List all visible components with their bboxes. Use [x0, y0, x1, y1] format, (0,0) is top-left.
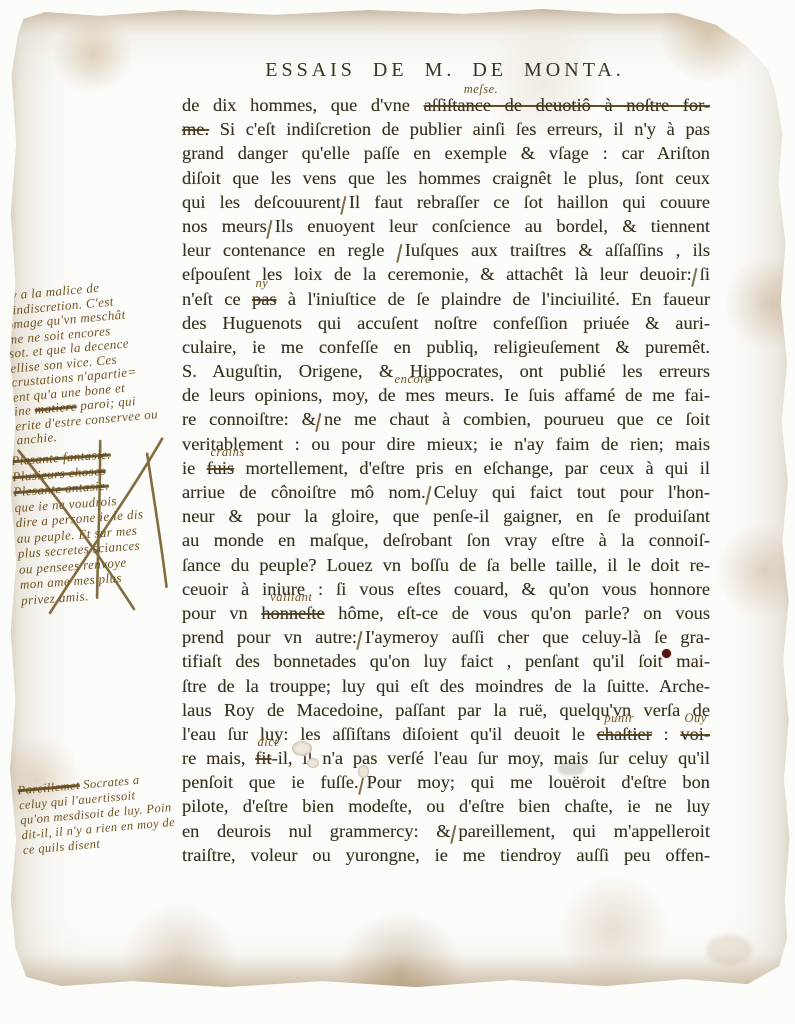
text-line: n'eſt ce pasny à l'iniuſtice de ſe plain… [182, 287, 710, 311]
text-segment: re connoiſtre: & [182, 409, 316, 429]
text-segment: I'aymeroy auſſi cher que celuy-là ſe gra… [365, 627, 710, 647]
text-segment: penſoit que ie fuſſe. [182, 772, 359, 792]
text-line: ſtre de la trouppe; luy qui eſt des moin… [182, 674, 710, 698]
paper-hole [307, 758, 319, 768]
text-line: re mais, fitdict-il, il n'a pas verſé l'… [182, 746, 710, 770]
text-segment: diſoit que les vens que les hommes craig… [182, 168, 710, 188]
text-line: pour vn honneſtevaillant hôme, eſt-ce de… [182, 601, 710, 625]
text-line: culaire, ie me confeſſe en publiq, relig… [182, 335, 710, 359]
text-segment: ſi [700, 264, 710, 284]
text-line: veritablement : ou pour dire mieux; ie n… [182, 432, 710, 456]
text-line: neur & pour la gloire, que penſe-il gaig… [182, 504, 710, 528]
text-segment: Celuy qui faict tout pour l'hon- [434, 482, 710, 502]
text-segment: ſance du peuple? Louez vn boſſu de ſa be… [182, 555, 710, 575]
margin-note-plaisante-fantasie: Plesante fantasie.Plusieurs chosesPlesan… [11, 441, 196, 608]
text-segment: tifiaſt des bonnetades qu'on luy faict ,… [182, 651, 710, 671]
text-line: pilote, d'eſtre bien modeſte, ou d'eſtre… [182, 794, 710, 818]
struck-text: chaſtierpunir [597, 724, 652, 744]
ink-blot [662, 649, 671, 658]
text-line: ceuoir à iniure : ſi vous eſtes couard, … [182, 577, 710, 601]
text-segment: culaire, ie me confeſſe en publiq, relig… [182, 337, 710, 357]
text-line: qui les deſcouurentIl faut rebraſſer ce … [182, 190, 710, 214]
handwritten-insertion: encore [395, 373, 432, 385]
handwritten-insertion: vaillant [270, 591, 312, 603]
text-line: me. Si c'eſt indiſcretion de publier ain… [182, 117, 710, 141]
text-segment: de mes meurs.encore [378, 385, 494, 405]
text-line: grand danger qu'elle paſſe en exemple & … [182, 141, 710, 165]
text-line: arriue de cônoiſtre mô nom.Celuy qui fai… [182, 480, 710, 504]
text-segment: grand danger qu'elle paſſe en exemple & … [182, 143, 710, 163]
text-segment: Ils enuoyent leur conſcience au bordel, … [275, 216, 710, 236]
text-line: en deurois nul grammercy: &pareillement,… [182, 819, 710, 843]
handwritten-insertion: Ouy [685, 712, 707, 724]
pen-stroke [340, 196, 346, 215]
text-line: traiſtre, voleur ou yurongne, ie me tien… [182, 843, 710, 867]
text-segment: ceuoir à iniure : ſi vous eſtes couard, … [182, 579, 710, 599]
text-line: ie fuiscrains mortellement, d'eſtre pris… [182, 456, 710, 480]
struck-text: fitdict [255, 748, 271, 768]
text-segment: re mais, [182, 748, 255, 768]
paper-hole [292, 741, 312, 756]
text-segment: de dix hommes, que d'vne [182, 95, 424, 115]
text-line: ſance du peuple? Louez vn boſſu de ſa be… [182, 553, 710, 577]
text-line: S. Auguſtin, Origene, & Hippocrates, ont… [182, 359, 710, 383]
handwritten-insertion: punir [604, 712, 634, 724]
text-line: penſoit que ie fuſſe.Pour moy; qui me lo… [182, 770, 710, 794]
text-segment: : [652, 724, 681, 744]
text-segment: neur & pour la gloire, que penſe-il gaig… [182, 506, 710, 526]
paper-stain [706, 935, 752, 965]
text-segment: privez amis. [21, 588, 90, 608]
text-line: des Huguenots qui accuſent noſtre confeſ… [182, 311, 710, 335]
text-line: de dix hommes, que d'vne aſſiſtance de d… [182, 93, 710, 117]
ink-smudge [558, 763, 584, 775]
struck-text: me. [182, 119, 209, 139]
text-segment: Il faut rebraſſer ce ſot haillon qui cou… [349, 192, 710, 212]
pen-stroke [315, 413, 321, 432]
text-segment: Ie ſuis affamé de me fai- [494, 385, 710, 405]
text-segment: arriue de cônoiſtre mô nom. [182, 482, 426, 502]
text-segment: n'eſt ce [182, 289, 252, 309]
text-segment: ne me chaut à combien, pourueu que ce ſo… [324, 409, 710, 429]
text-line: au monde en maſque, deſrobant ſon vray e… [182, 528, 710, 552]
struck-text: aſſiſtance de deuotiô à noſtre for-meſse… [424, 95, 710, 115]
text-line: nos meursIls enuoyent leur conſcience au… [182, 214, 710, 238]
handwritten-insertion: ny [255, 277, 268, 289]
text-line: leur contenance en regle Iuſques aux tra… [182, 238, 710, 262]
margin-note-indiscretion: ny a la malice del'indiscretion. C'estom… [3, 273, 196, 448]
struck-text: pasny [252, 289, 277, 309]
running-title: ESSAIS DE M. DE MONTA. [181, 59, 709, 82]
pen-stroke [356, 631, 362, 650]
text-segment: pareillement, qui m'appelleroit [459, 821, 710, 841]
text-line: prend pour vn autre:I'aymeroy auſſi cher… [182, 625, 710, 649]
text-segment: Iuſques aux traiſtres & aſſaſſins , ils [405, 240, 710, 260]
text-segment: pour vn [182, 603, 261, 623]
text-segment: nos meurs [182, 216, 267, 236]
text-segment: qui les deſcouurent [182, 192, 341, 212]
text-segment: veritablement : ou pour dire mieux; ie n… [182, 434, 710, 454]
text-segment: Pour moy; qui me louëroit d'eſtre bon [367, 772, 710, 792]
body-text: de dix hommes, que d'vne aſſiſtance de d… [182, 93, 710, 867]
text-line: tifiaſt des bonnetades qu'on luy faict ,… [182, 649, 710, 673]
struck-text: honneſtevaillant [261, 603, 324, 623]
text-segment: l'eau ſur luy: les aſſiſtans diſoient qu… [182, 724, 597, 744]
text-segment: pilote, d'eſtre bien modeſte, ou d'eſtre… [182, 796, 710, 816]
text-segment: de leurs opinions, moy, [182, 385, 378, 405]
text-segment: traiſtre, voleur ou yurongne, ie me tien… [182, 845, 710, 865]
text-segment: ſtre de la trouppe; luy qui eſt des moin… [182, 676, 710, 696]
book-page: ESSAIS DE M. DE MONTA. de dix hommes, qu… [6, 5, 795, 998]
handwritten-insertion: crains [210, 446, 244, 458]
text-segment: en deurois nul grammercy: & [182, 821, 451, 841]
text-segment: à l'iniuſtice de ſe plaindre de l'inciui… [277, 289, 710, 309]
text-segment: au monde en maſque, deſrobant ſon vray e… [182, 530, 710, 550]
handwritten-insertion: dict [258, 736, 279, 748]
text-segment: leur contenance en regle [182, 240, 397, 260]
text-segment: -il, il n'a pas verſé l'eau ſur moy, mai… [272, 748, 710, 768]
text-segment: hôme, eſt-ce de vous qu'on parle? on vou… [325, 603, 710, 623]
paper-hole [358, 765, 369, 778]
text-line: re connoiſtre: &ne me chaut à combien, p… [182, 407, 710, 431]
text-segment: Si c'eſt indiſcretion de publier ainſi ſ… [209, 119, 710, 139]
text-segment: des Huguenots qui accuſent noſtre confeſ… [182, 313, 710, 333]
handwritten-insertion: meſse. [464, 83, 499, 95]
text-segment: mortellement, d'eſtre pris en eſchange, … [234, 458, 710, 478]
struck-text: fuiscrains [207, 458, 235, 478]
text-segment: prend pour vn autre: [182, 627, 357, 647]
struck-text: voi-Ouy [680, 724, 710, 744]
text-line: diſoit que les vens que les hommes craig… [182, 166, 710, 190]
text-segment: anchie. [16, 429, 58, 447]
text-line: de leurs opinions, moy, de mes meurs.enc… [182, 383, 710, 407]
text-segment: S. Auguſtin, Origene, & Hippocrates, ont… [182, 361, 710, 381]
